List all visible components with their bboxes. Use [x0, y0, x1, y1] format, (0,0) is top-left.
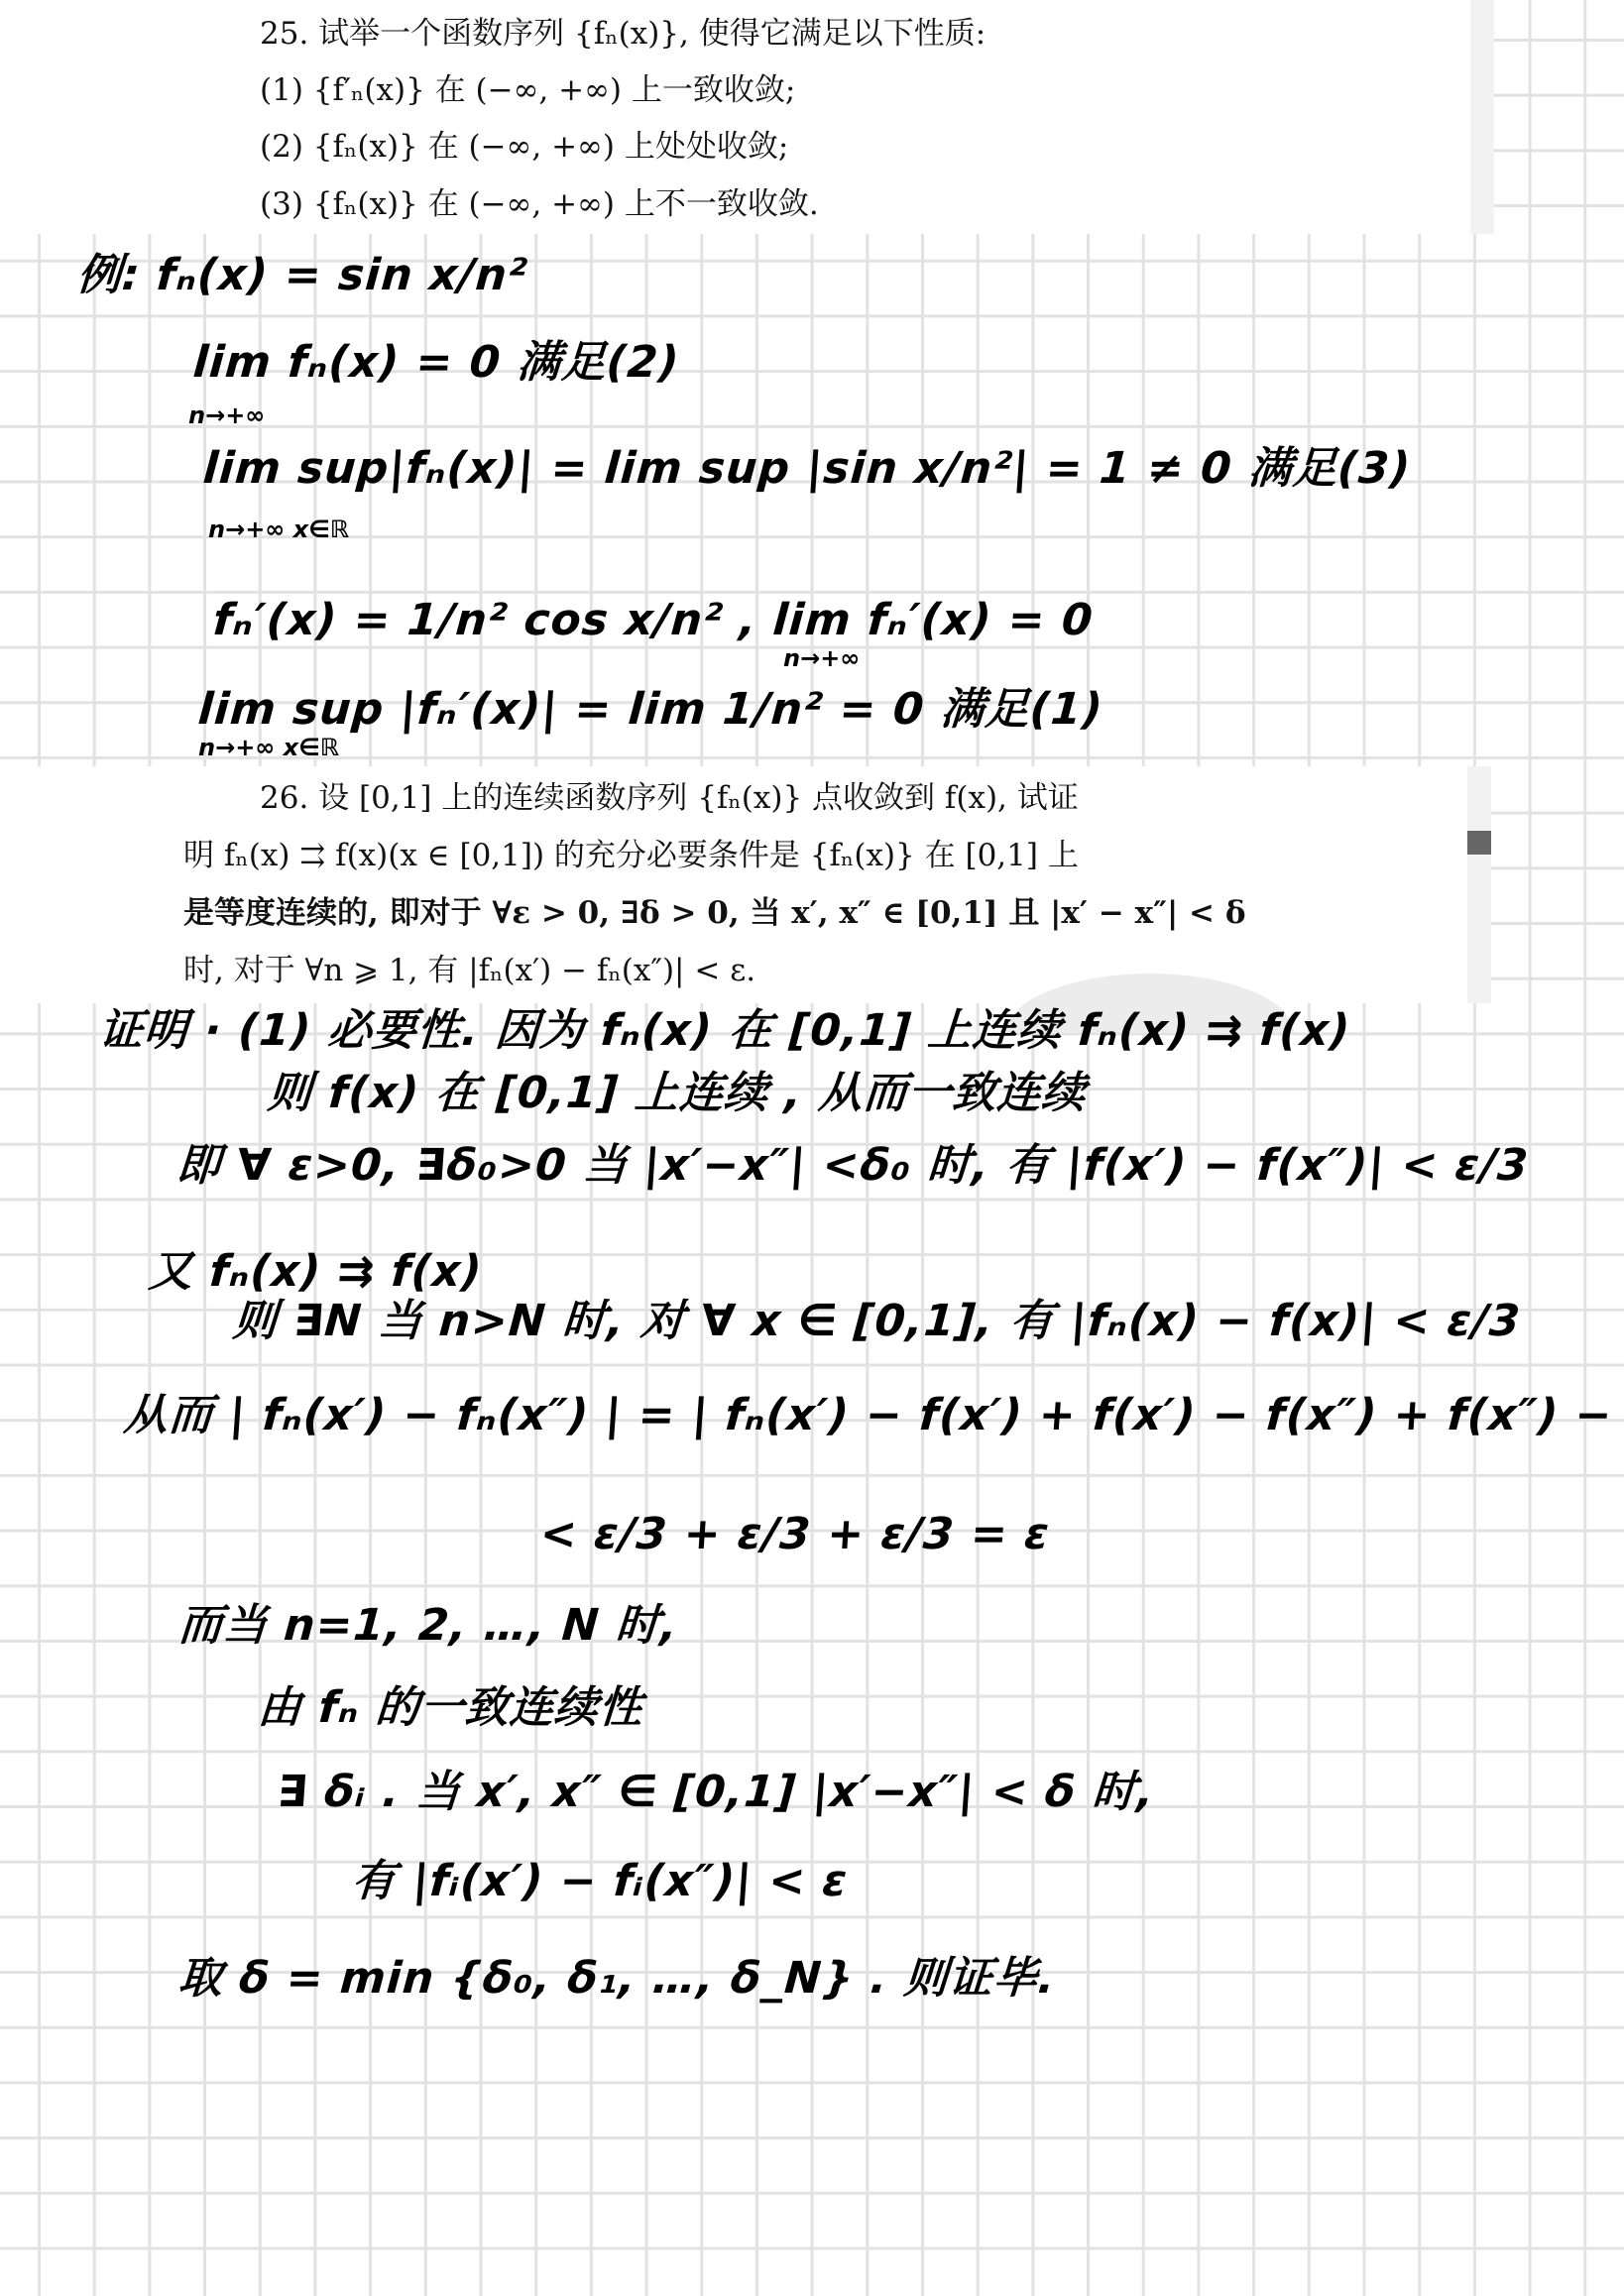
limit-subscript: n→+∞: [783, 644, 860, 672]
handwritten-line: lim fₙ(x) = 0 满足(2): [191, 335, 681, 391]
scrollbar-track[interactable]: [1467, 766, 1491, 1003]
problem-25-item-3: (3) {fₙ(x)} 在 (−∞, +∞) 上不一致收敛.: [260, 184, 819, 224]
handwritten-line: 又 fₙ(x) ⇉ f(x): [147, 1244, 484, 1300]
handwritten-line: lim sup|fₙ(x)| = lim sup |sin x/n²| = 1 …: [201, 441, 1413, 497]
problem-26-block: 26. 设 [0,1] 上的连续函数序列 {fₙ(x)} 点收敛到 f(x), …: [0, 766, 1490, 1003]
handwritten-line: fₙ′(x) = 1/n² cos x/n² , lim fₙ′(x) = 0: [211, 593, 1095, 648]
problem-26-line-1: 26. 设 [0,1] 上的连续函数序列 {fₙ(x)} 点收敛到 f(x), …: [260, 778, 1079, 818]
problem-26-line-4: 时, 对于 ∀n ⩾ 1, 有 |fₙ(x′) − fₙ(x″)| < ε.: [183, 951, 755, 990]
problem-25-item-1: (1) {f′ₙ(x)} 在 (−∞, +∞) 上一致收敛;: [260, 70, 795, 110]
problem-25-item-2: (2) {fₙ(x)} 在 (−∞, +∞) 上处处收敛;: [260, 127, 788, 167]
limit-subscript: n→+∞: [188, 402, 265, 429]
handwritten-line: 由 fₙ 的一致连续性: [256, 1680, 645, 1736]
handwritten-line: 即 ∀ ε>0, ∃δ₀>0 当 |x′−x″| <δ₀ 时, 有 |f(x′)…: [174, 1138, 1531, 1194]
problem-26-line-3: 是等度连续的, 即对于 ∀ε > 0, ∃δ > 0, 当 x′, x″ ∈ […: [183, 893, 1246, 933]
problem-25-title: 25. 试举一个函数序列 {fₙ(x)}, 使得它满足以下性质:: [260, 14, 986, 54]
handwritten-line: lim sup |fₙ′(x)| = lim 1/n² = 0 满足(1): [196, 682, 1104, 738]
problem-25-block: 25. 试举一个函数序列 {fₙ(x)}, 使得它满足以下性质: (1) {f′…: [0, 0, 1494, 234]
scrollbar-track[interactable]: [1470, 0, 1494, 234]
limit-subscript: n→+∞ x∈ℝ: [198, 734, 339, 761]
handwritten-line: 有 |fᵢ(x′) − fᵢ(x″)| < ε: [350, 1854, 850, 1909]
limit-subscript: n→+∞ x∈ℝ: [208, 516, 349, 543]
handwritten-line: 证明 · (1) 必要性. 因为 fₙ(x) 在 [0,1] 上连续 fₙ(x)…: [97, 1003, 1352, 1059]
handwritten-line: 从而 | fₙ(x′) − fₙ(x″) | = | fₙ(x′) − f(x′…: [122, 1388, 1624, 1443]
problem-26-line-2: 明 fₙ(x) ⇉ f(x)(x ∈ [0,1]) 的充分必要条件是 {fₙ(x…: [183, 836, 1079, 875]
handwritten-line: 则 ∃N 当 n>N 时, 对 ∀ x ∈ [0,1], 有 |fₙ(x) − …: [231, 1294, 1523, 1349]
handwritten-line: 取 δ = min {δ₀, δ₁, …, δ_N} . 则证毕.: [176, 1951, 1057, 2007]
handwritten-line: < ε/3 + ε/3 + ε/3 = ε: [538, 1507, 1052, 1562]
handwritten-line: 则 f(x) 在 [0,1] 上连续 , 从而一致连续: [266, 1066, 1088, 1121]
handwritten-line: ∃ δᵢ . 当 x′, x″ ∈ [0,1] |x′−x″| < δ 时,: [276, 1765, 1156, 1820]
scrollbar-thumb[interactable]: [1467, 831, 1491, 855]
handwritten-line: 例: fₙ(x) = sin x/n²: [75, 248, 529, 303]
handwritten-line: 而当 n=1, 2, …, N 时,: [176, 1598, 680, 1654]
